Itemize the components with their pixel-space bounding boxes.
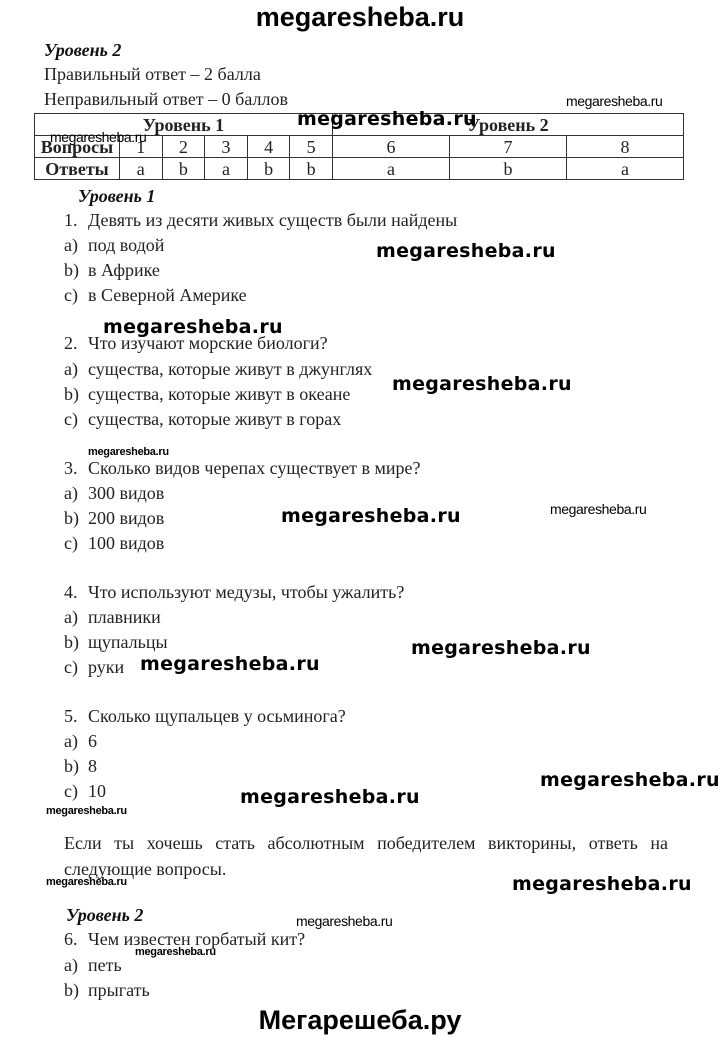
option-letter: c)	[64, 409, 88, 430]
option-text: 100 видов	[88, 533, 164, 553]
watermark: megaresheba.ru	[46, 876, 127, 888]
option-text: в Северной Америке	[88, 285, 247, 305]
option-text: 8	[88, 756, 97, 776]
scoring-correct: Правильный ответ – 2 балла	[44, 64, 261, 85]
watermark: megaresheba.ru	[140, 653, 320, 675]
option-2c: c)существа, которые живут в горах	[64, 409, 341, 430]
answer-cell: a	[332, 158, 449, 180]
question-number: 1.	[64, 210, 88, 231]
option-text: щупальцы	[88, 632, 168, 652]
question-text: Девять из десяти живых существ были найд…	[88, 210, 457, 230]
watermark: megaresheba.ru	[566, 93, 662, 109]
site-title[interactable]: megaresheba.ru	[0, 2, 720, 33]
option-4a: a)плавники	[64, 607, 161, 628]
question-cell: 5	[290, 136, 333, 158]
option-letter: a)	[64, 731, 88, 752]
answer-cell: b	[162, 158, 205, 180]
watermark: megaresheba.ru	[103, 316, 283, 338]
watermark: megaresheba.ru	[50, 129, 146, 145]
question-number: 2.	[64, 333, 88, 354]
scoring-incorrect: Неправильный ответ – 0 баллов	[44, 89, 288, 110]
table-row-answers: Ответы a b a b b a b a	[35, 158, 684, 180]
watermark: megaresheba.ru	[297, 108, 477, 130]
level2-heading: Уровень 2	[66, 905, 143, 926]
option-text: руки	[88, 657, 124, 677]
answer-cell: a	[566, 158, 683, 180]
option-3c: c)100 видов	[64, 533, 164, 554]
option-letter: b)	[64, 632, 88, 653]
question-5: 5.Сколько щупальцев у осьминога?	[64, 706, 346, 727]
option-letter: b)	[64, 508, 88, 529]
option-letter: c)	[64, 657, 88, 678]
option-5b: b)8	[64, 756, 97, 777]
option-letter: b)	[64, 384, 88, 405]
option-text: 10	[88, 781, 106, 801]
option-letter: b)	[64, 756, 88, 777]
question-text: Сколько видов черепах существует в мире?	[88, 458, 420, 478]
option-text: 6	[88, 731, 97, 751]
watermark: megaresheba.ru	[392, 373, 572, 395]
option-6b: b)прыгать	[64, 980, 150, 1001]
option-1b: b)в Африке	[64, 260, 160, 281]
watermark: megaresheba.ru	[411, 637, 591, 659]
watermark: megaresheba.ru	[135, 946, 216, 958]
answer-cell: b	[290, 158, 333, 180]
option-text: существа, которые живут в горах	[88, 409, 341, 429]
option-text: существа, которые живут в джунглях	[88, 359, 372, 379]
option-letter: a)	[64, 607, 88, 628]
answers-label: Ответы	[35, 158, 120, 180]
question-1: 1.Девять из десяти живых существ были на…	[64, 210, 457, 231]
option-letter: c)	[64, 285, 88, 306]
option-letter: a)	[64, 235, 88, 256]
option-text: в Африке	[88, 260, 160, 280]
watermark: megaresheba.ru	[296, 913, 392, 929]
option-4b: b)щупальцы	[64, 632, 168, 653]
option-text: 300 видов	[88, 483, 164, 503]
question-3: 3.Сколько видов черепах существует в мир…	[64, 458, 420, 479]
watermark: megaresheba.ru	[281, 505, 461, 527]
answer-cell: a	[205, 158, 248, 180]
option-5a: a)6	[64, 731, 97, 752]
option-letter: b)	[64, 980, 88, 1001]
watermark: megaresheba.ru	[240, 786, 420, 808]
option-text: петь	[88, 955, 122, 975]
option-text: плавники	[88, 607, 161, 627]
option-3a: a)300 видов	[64, 483, 164, 504]
option-4c: c)руки	[64, 657, 124, 678]
question-number: 3.	[64, 458, 88, 479]
option-2a: a)существа, которые живут в джунглях	[64, 359, 372, 380]
option-text: существа, которые живут в океане	[88, 384, 350, 404]
option-6a: a)петь	[64, 955, 122, 976]
watermark: megaresheba.ru	[550, 501, 646, 517]
level1-heading: Уровень 1	[78, 186, 155, 207]
question-number: 4.	[64, 582, 88, 603]
question-cell: 2	[162, 136, 205, 158]
option-5c: c)10	[64, 781, 106, 802]
question-number: 5.	[64, 706, 88, 727]
option-1a: a)под водой	[64, 235, 164, 256]
question-cell: 7	[449, 136, 566, 158]
watermark: megaresheba.ru	[540, 769, 720, 791]
option-text: 200 видов	[88, 508, 164, 528]
question-text: Что используют медузы, чтобы ужалить?	[88, 582, 404, 602]
option-2b: b)существа, которые живут в океане	[64, 384, 350, 405]
watermark: megaresheba.ru	[88, 446, 169, 458]
option-1c: c)в Северной Америке	[64, 285, 247, 306]
option-letter: a)	[64, 359, 88, 380]
footer-site-title[interactable]: Мегарешеба.ру	[0, 1005, 720, 1036]
question-4: 4.Что используют медузы, чтобы ужалить?	[64, 582, 404, 603]
question-cell: 4	[247, 136, 290, 158]
question-cell: 6	[332, 136, 449, 158]
answer-cell: a	[120, 158, 163, 180]
scoring-heading: Уровень 2	[44, 40, 121, 61]
answer-cell: b	[449, 158, 566, 180]
watermark: megaresheba.ru	[376, 240, 556, 262]
option-text: прыгать	[88, 980, 150, 1000]
answer-cell: b	[247, 158, 290, 180]
option-letter: a)	[64, 483, 88, 504]
option-3b: b)200 видов	[64, 508, 164, 529]
option-letter: c)	[64, 533, 88, 554]
option-letter: c)	[64, 781, 88, 802]
option-text: под водой	[88, 235, 164, 255]
question-number: 6.	[64, 929, 88, 950]
question-text: Сколько щупальцев у осьминога?	[88, 706, 346, 726]
question-cell: 3	[205, 136, 248, 158]
watermark: megaresheba.ru	[46, 805, 127, 817]
option-letter: a)	[64, 955, 88, 976]
question-cell: 8	[566, 136, 683, 158]
watermark: megaresheba.ru	[512, 873, 692, 895]
option-letter: b)	[64, 260, 88, 281]
